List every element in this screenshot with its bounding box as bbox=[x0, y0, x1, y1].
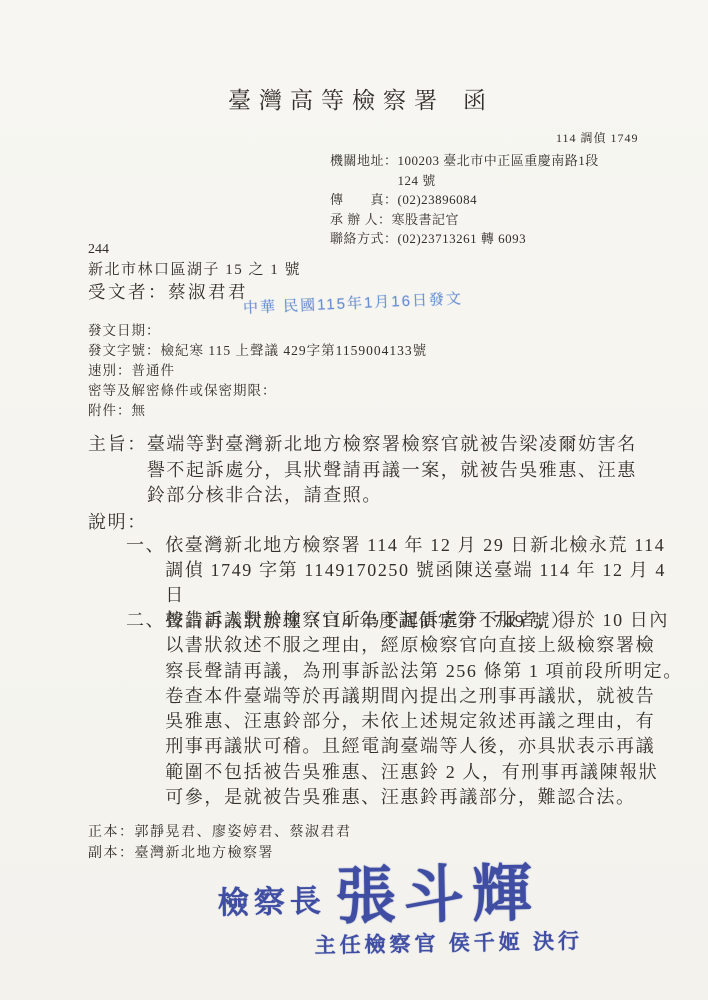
document-type-label: 函 bbox=[463, 88, 494, 113]
distribution-block: 正本：郭靜晃君、廖姿婷君、蔡淑君君 副本：臺灣新北地方檢察署 bbox=[88, 822, 352, 864]
dispatch-date-stamp: 中華 民國115年1月16日發文 bbox=[243, 287, 464, 318]
original-copy-line: 正本：郭靜晃君、廖姿婷君、蔡淑君君 bbox=[88, 822, 352, 843]
recipient-name: 蔡淑君君 bbox=[168, 282, 248, 302]
attachment-row: 附件：無 bbox=[88, 401, 427, 421]
subject-label: 主旨： bbox=[88, 432, 147, 509]
document-title: 臺灣高等檢察署函 bbox=[0, 82, 708, 115]
explanation-item-2: 二、 按告訴人對於檢察官所為不起訴處分不服者，得於 10 日內 以書狀敘述不服之… bbox=[126, 608, 686, 810]
case-reference: 114 調偵 1749 bbox=[556, 129, 639, 146]
carbon-copy-line: 副本：臺灣新北地方檢察署 bbox=[88, 843, 352, 864]
classification-label: 密等及解密條件或保密期限： bbox=[88, 383, 277, 398]
dispatch-number-label: 發文字號： bbox=[88, 343, 161, 358]
priority-row: 速別：普通件 bbox=[88, 361, 427, 381]
agency-fax-label: 傳 真： bbox=[330, 190, 398, 210]
classification-row: 密等及解密條件或保密期限： bbox=[88, 381, 427, 401]
prosecutor-general-name: 張斗輝 bbox=[335, 863, 540, 929]
priority-value: 普通件 bbox=[132, 363, 176, 378]
dispatch-number-value: 檢紀寒 115 上聲議 429字第1159004133號 bbox=[161, 343, 428, 358]
document-meta-block: 發文日期： 發文字號：檢紀寒 115 上聲議 429字第1159004133號 … bbox=[88, 321, 427, 421]
dispatch-date-label: 發文日期： bbox=[88, 323, 161, 338]
agency-handler-label: 承 辦 人： bbox=[330, 210, 392, 230]
agency-phone-value: (02)23713261 轉 6093 bbox=[398, 229, 527, 249]
agency-address-value: 100203 臺北市中正區重慶南路1段 124 號 bbox=[398, 151, 599, 190]
dispatch-date-row: 發文日期： bbox=[88, 321, 427, 341]
original-copy-label: 正本： bbox=[88, 825, 135, 840]
dispatch-number-row: 發文字號：檢紀寒 115 上聲議 429字第1159004133號 bbox=[88, 341, 427, 361]
recipient-address: 新北市林口區湖子 15 之 1 號 bbox=[88, 258, 301, 279]
recipient-line: 受文者：蔡淑君君 bbox=[88, 279, 248, 304]
explanation-label: 說明： bbox=[88, 508, 147, 534]
signature-main-line: 檢察長 張斗輝 bbox=[217, 863, 598, 930]
agency-phone-row: 聯絡方式： (02)23713261 轉 6093 bbox=[330, 229, 599, 249]
signature-stamp: 檢察長 張斗輝 主任檢察官 侯千姬 決行 bbox=[217, 863, 599, 962]
priority-label: 速別： bbox=[88, 363, 132, 378]
agency-handler-row: 承 辦 人： 寒股書記官 bbox=[330, 210, 599, 230]
item-2-number: 二、 bbox=[126, 608, 165, 810]
agency-fax-value: (02)23896084 bbox=[398, 190, 478, 210]
recipient-postal-code: 244 bbox=[88, 242, 109, 258]
carbon-copy-label: 副本： bbox=[88, 846, 135, 861]
scanned-official-letter: 臺灣高等檢察署函 114 調偵 1749 機關地址： 100203 臺北市中正區… bbox=[0, 0, 708, 1000]
carbon-copy-recipient: 臺灣新北地方檢察署 bbox=[135, 846, 275, 861]
original-copy-recipients: 郭靜晃君、廖姿婷君、蔡淑君君 bbox=[135, 825, 352, 840]
attachment-value: 無 bbox=[132, 403, 147, 418]
agency-contact-block: 機關地址： 100203 臺北市中正區重慶南路1段 124 號 傳 真： (02… bbox=[330, 151, 599, 249]
subject-text: 臺端等對臺灣新北地方檢察署檢察官就被告梁凌爾妨害名 譽不起訴處分，具狀聲請再議一… bbox=[147, 432, 637, 509]
issuing-agency-name: 臺灣高等檢察署 bbox=[228, 88, 445, 113]
agency-handler-value: 寒股書記官 bbox=[392, 210, 460, 230]
agency-phone-label: 聯絡方式： bbox=[330, 229, 398, 249]
item-2-text: 按告訴人對於檢察官所為不起訴處分不服者，得於 10 日內 以書狀敘述不服之理由，… bbox=[165, 608, 683, 810]
recipient-label: 受文者： bbox=[88, 282, 168, 302]
agency-fax-row: 傳 真： (02)23896084 bbox=[330, 190, 599, 210]
attachment-label: 附件： bbox=[88, 403, 132, 418]
prosecutor-general-title: 檢察長 bbox=[217, 875, 326, 922]
agency-address-row: 機關地址： 100203 臺北市中正區重慶南路1段 124 號 bbox=[330, 151, 599, 190]
agency-address-label: 機關地址： bbox=[330, 151, 398, 190]
subject-section: 主旨： 臺端等對臺灣新北地方檢察署檢察官就被告梁凌爾妨害名 譽不起訴處分，具狀聲… bbox=[88, 432, 653, 509]
